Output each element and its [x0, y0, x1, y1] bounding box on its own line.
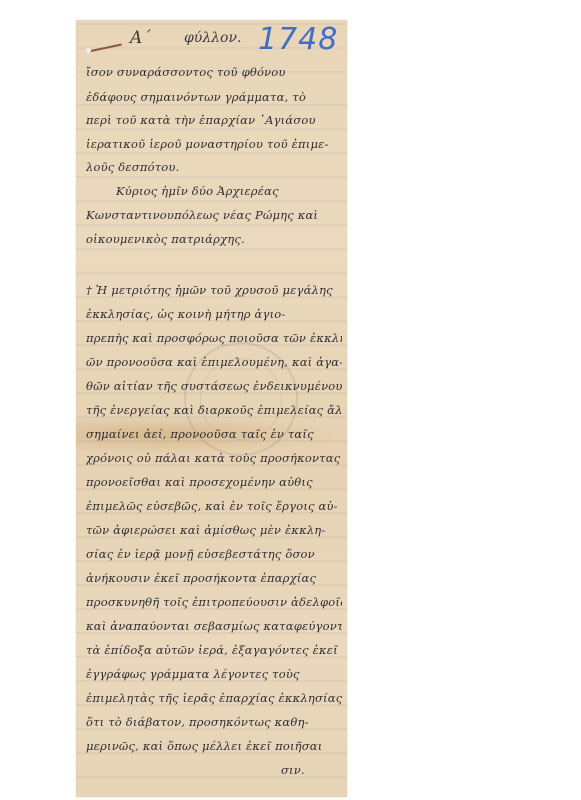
text-line: τῆς ἐνεργείας καὶ διαρκοῦς ἐπιμελείας ἄλ…: [86, 403, 342, 417]
text-line: τὰ ἐπίδοξα αὐτῶν ἱερά, ἐξαγαγόντες ἐκεῖ: [86, 643, 342, 657]
text-line: ἀνήκουσιν ἐκεῖ προσήκοντα ἐπαρχίας: [86, 571, 342, 585]
text-line: μερινῶς, καὶ ὅπως μέλλει ἐκεῖ ποιῆσαι: [86, 739, 342, 753]
text-line: ἐπιμελητὰς τῆς ἱερᾶς ἐπαρχίας ἐκκλησίας: [86, 691, 342, 705]
archive-number: 1748: [258, 22, 338, 57]
text-line: σίας ἐν ἱερᾷ μονῇ εὐσεβεστάτης ὅσον: [86, 547, 342, 561]
pin-hole: [86, 48, 91, 53]
text-line: Κωνσταντινουπόλεως νέας Ρώμης καὶ: [86, 208, 342, 222]
manuscript-page: Α΄ φύλλον. 1748 ἴσον συναράσσοντος τοῦ φ…: [76, 20, 347, 797]
text-line: περὶ τοῦ κατὰ τὴν ἐπαρχίαν ᾿Αγιάσου: [86, 113, 342, 127]
text-line: ὅτι τὸ διάβατον, προσηκόντως καθη-: [86, 715, 342, 729]
text-line: ἐπιμελῶς εὐσεβῶς, καὶ ἐν τοῖς ἔργοις αὐ-: [86, 499, 342, 513]
text-line: ῶν προνοοῦσα καὶ ἐπιμελουμένη, καὶ ἀγα-: [86, 355, 342, 369]
text-line: οἰκουμενικὸς πατριάρχης.: [86, 232, 342, 246]
sheet-label: φύλλον.: [184, 30, 241, 46]
text-line: † Ἡ μετριότης ἡμῶν τοῦ χρυσοῦ μεγάλης: [86, 283, 342, 297]
text-line: λοῦς δεσπότου.: [86, 160, 342, 174]
text-line: Κύριος ἡμῖν δύο Ἀρχιερέας: [116, 184, 342, 198]
text-line: πρεπὴς καὶ προσφόρως ποιοῦσα τῶν ἐκκλησι…: [86, 331, 342, 345]
text-line: καὶ ἀναπαύονται σεβασμίως καταφεύγοντες: [86, 619, 342, 633]
text-line: ἱερατικοῦ ἱεροῦ μοναστηρίου τοῦ ἐπιμε-: [86, 137, 342, 151]
text-line: ἐδάφους σημαινόντων γράμματα, τὸ: [86, 90, 342, 104]
text-line: προνοεῖσθαι καὶ προσεχομένην αὐθις: [86, 475, 342, 489]
text-line: σημαίνει ἀεί, προνοοῦσα ταῖς ἐν ταῖς: [86, 427, 342, 441]
text-line: ἴσον συναράσσοντος τοῦ φθόνου: [86, 65, 342, 79]
text-line: σιν.: [281, 763, 341, 777]
text-line: χρόνοις οὐ πάλαι κατὰ τοὺς προσήκοντας: [86, 451, 342, 465]
text-line: τῶν ἀφιερώσει καὶ ἀμίσθως μὲν ἐκκλη-: [86, 523, 342, 537]
text-line: ἐκκλησίας, ὡς κοινὴ μήτηρ ἁγιο-: [86, 307, 342, 321]
text-line: θῶν αἰτίαν τῆς συστάσεως ἐνδεικνυμένου: [86, 379, 342, 393]
text-line: ἐγγράφως γράμματα λέγοντες τοὺς: [86, 667, 342, 681]
sheet-letter: Α΄: [130, 28, 151, 48]
text-line: προσκυνηθῆ τοῖς ἐπιτροπεύουσιν ἀδελφοῖς: [86, 595, 342, 609]
